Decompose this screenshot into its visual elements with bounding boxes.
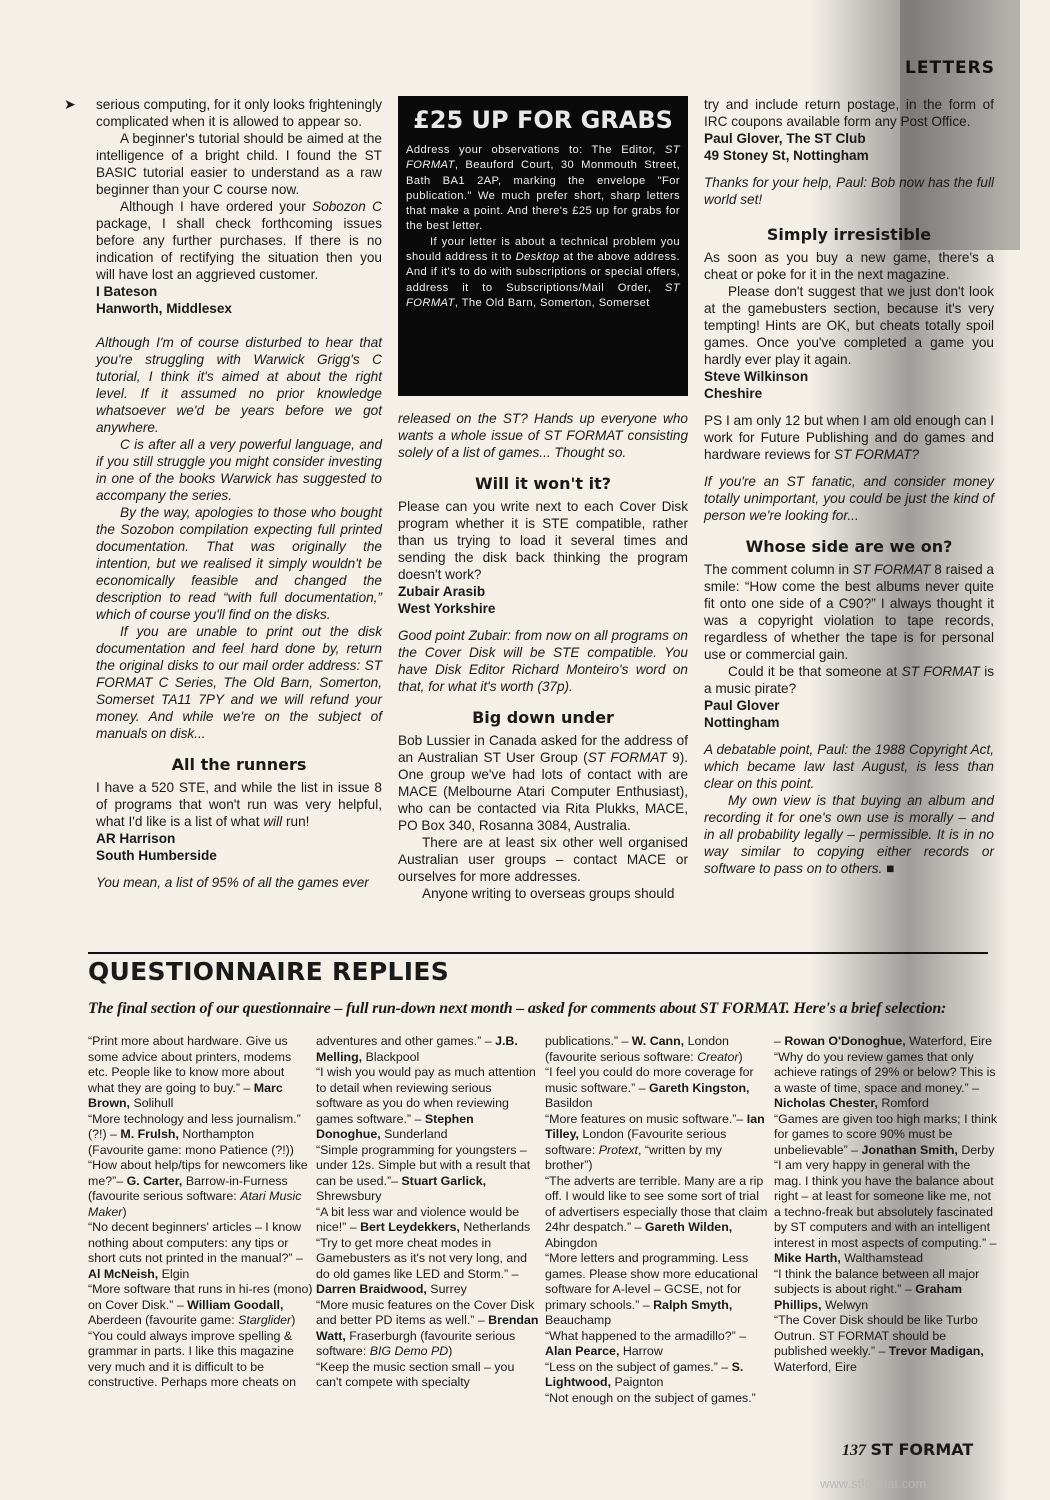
questionnaire-reply: “The adverts are terrible. Many are a ri… (545, 1174, 770, 1252)
letter-paragraph: Could it be that someone at ST FORMAT is… (704, 663, 994, 697)
continued-arrow-icon: ➤ (64, 96, 76, 113)
magazine-page: LETTERS ➤ serious computing, for it only… (0, 0, 1050, 1500)
letter-postscript: PS I am only 12 but when I am old enough… (704, 412, 994, 463)
questionnaire-reply: “You could always improve spelling & gra… (88, 1329, 313, 1391)
letter-heading: Will it won't it? (398, 475, 688, 492)
letter-heading: Whose side are we on? (704, 538, 994, 555)
questionnaire-reply: “More technology and less journalism.” (… (88, 1112, 313, 1159)
respondent-name: Gareth Wilden, (645, 1220, 732, 1234)
prize-box-paragraph: If your letter is about a technical prob… (406, 235, 680, 311)
letter-paragraph: As soon as you buy a new game, there's a… (704, 249, 994, 283)
questionnaire-reply: “I am very happy in general with the mag… (774, 1158, 999, 1267)
respondent-name: Ralph Smyth, (653, 1298, 732, 1312)
questionnaire-reply: “What happened to the armadillo?” – Alan… (545, 1329, 770, 1360)
signature-place: Nottingham (704, 714, 994, 731)
letter-paragraph: serious computing, for it only looks fri… (96, 96, 382, 130)
editor-reply: You mean, a list of 95% of all the games… (96, 874, 382, 891)
questionnaire-reply: – Rowan O'Donoghue, Waterford, Eire (774, 1034, 999, 1050)
questionnaire-reply: “No decent beginners' articles – I know … (88, 1220, 313, 1282)
respondent-name: Nicholas Chester, (774, 1096, 878, 1110)
respondent-name: W. Cann, (632, 1034, 684, 1048)
magazine-name: ST FORMAT (870, 1440, 973, 1459)
respondent-name: Gareth Kingston, (649, 1081, 750, 1095)
questionnaire-reply: “More features on music software.”– Ian … (545, 1112, 770, 1174)
editor-reply: Thanks for your help, Paul: Bob now has … (704, 174, 994, 208)
editor-reply: Although I'm of course disturbed to hear… (96, 334, 382, 436)
questionnaire-reply: “Why do you review games that only achie… (774, 1050, 999, 1112)
editor-reply: By the way, apologies to those who bough… (96, 504, 382, 623)
questionnaire-reply: “The Cover Disk should be like Turbo Out… (774, 1313, 999, 1375)
letter-heading: All the runners (96, 756, 382, 773)
letter-paragraph: Anyone writing to overseas groups should (398, 885, 688, 902)
respondent-name: M. Frulsh, (120, 1127, 179, 1141)
respondent-name: G. Carter, (127, 1174, 183, 1188)
page-number: 137 (842, 1442, 866, 1459)
respondent-name: Jonathan Smith, (862, 1143, 958, 1157)
respondent-name: William Goodall, (187, 1298, 283, 1312)
letter-paragraph: A beginner's tutorial should be aimed at… (96, 130, 382, 198)
letter-paragraph: Bob Lussier in Canada asked for the addr… (398, 732, 688, 834)
prize-box-body: Address your observations to: The Editor… (406, 143, 680, 311)
editor-reply: C is after all a very powerful language,… (96, 436, 382, 504)
questionnaire-reply: “More music features on the Cover Disk a… (316, 1298, 541, 1360)
letter-paragraph: Please can you write next to each Cover … (398, 498, 688, 583)
questionnaire-reply: adventures and other games.” – J.B. Mell… (316, 1034, 541, 1065)
signature-place: Hanworth, Middlesex (96, 300, 382, 317)
questionnaire-title: QUESTIONNAIRE REPLIES (88, 957, 449, 986)
signature-name: AR Harrison (96, 830, 382, 847)
questionnaire-column-4: – Rowan O'Donoghue, Waterford, Eire“Why … (774, 1034, 999, 1375)
signature-name: Paul Glover (704, 697, 994, 714)
questionnaire-subtitle: The final section of our questionnaire –… (88, 1000, 988, 1018)
letter-paragraph: There are at least six other well organi… (398, 834, 688, 885)
letter-paragraph: Although I have ordered your Sobozon C p… (96, 198, 382, 283)
respondent-name: Alan Pearce, (545, 1344, 619, 1358)
respondent-name: Mike Harth, (774, 1251, 841, 1265)
column-3: try and include return postage, in the f… (704, 96, 994, 877)
letter-paragraph: The comment column in ST FORMAT 8 raised… (704, 561, 994, 663)
questionnaire-column-3: publications.” – W. Cann, London (favour… (545, 1034, 770, 1406)
section-header: LETTERS (905, 58, 995, 78)
signature-place: Cheshire (704, 385, 994, 402)
signature-name: Paul Glover, The ST Club (704, 130, 994, 147)
editor-reply: released on the ST? Hands up everyone wh… (398, 410, 688, 461)
questionnaire-reply: “Try to get more cheat modes in Gamebust… (316, 1236, 541, 1298)
questionnaire-reply: “More letters and programming. Less game… (545, 1251, 770, 1329)
signature-place: 49 Stoney St, Nottingham (704, 147, 994, 164)
respondent-name: Trevor Madigan, (889, 1344, 984, 1358)
signature-place: West Yorkshire (398, 600, 688, 617)
respondent-name: Al McNeish, (88, 1267, 158, 1281)
letter-paragraph: try and include return postage, in the f… (704, 96, 994, 130)
editor-reply: Good point Zubair: from now on all progr… (398, 627, 688, 695)
questionnaire-reply: “I think the balance between all major s… (774, 1267, 999, 1314)
prize-box: £25 UP FOR GRABS Address your observatio… (398, 96, 688, 396)
end-mark-icon: ■ (886, 861, 894, 876)
questionnaire-reply: “Simple programming for youngsters – und… (316, 1143, 541, 1205)
section-divider (88, 952, 988, 954)
prize-box-paragraph: Address your observations to: The Editor… (406, 143, 680, 235)
questionnaire-reply: “Keep the music section small – you can'… (316, 1360, 541, 1391)
signature-name: Steve Wilkinson (704, 368, 994, 385)
letter-heading: Simply irresistible (704, 226, 994, 243)
questionnaire-reply: “Games are given too high marks; I think… (774, 1112, 999, 1159)
editor-reply: If you are unable to print out the disk … (96, 623, 382, 742)
signature-name: Zubair Arasib (398, 583, 688, 600)
watermark: www.stformat.com (820, 1476, 926, 1491)
column-1: serious computing, for it only looks fri… (96, 96, 382, 891)
questionnaire-column-2: adventures and other games.” – J.B. Mell… (316, 1034, 541, 1391)
respondent-name: Stuart Garlick, (401, 1174, 486, 1188)
respondent-name: Darren Braidwood, (316, 1282, 427, 1296)
questionnaire-reply: “How about help/tips for newcomers like … (88, 1158, 313, 1220)
questionnaire-column-1: “Print more about hardware. Give us some… (88, 1034, 313, 1391)
questionnaire-reply: “More software that runs in hi-res (mono… (88, 1282, 313, 1329)
respondent-name: Bert Leydekkers, (360, 1220, 460, 1234)
signature-place: South Humberside (96, 847, 382, 864)
editor-reply: If you're an ST fanatic, and consider mo… (704, 473, 994, 524)
questionnaire-reply: “I feel you could do more coverage for m… (545, 1065, 770, 1112)
signature-name: I Bateson (96, 283, 382, 300)
questionnaire-reply: “I wish you would pay as much attention … (316, 1065, 541, 1143)
questionnaire-reply: “Print more about hardware. Give us some… (88, 1034, 313, 1112)
page-footer: 137 ST FORMAT (842, 1440, 973, 1460)
questionnaire-reply: “A bit less war and violence would be ni… (316, 1205, 541, 1236)
prize-box-title: £25 UP FOR GRABS (406, 106, 680, 135)
letter-heading: Big down under (398, 709, 688, 726)
column-2: released on the ST? Hands up everyone wh… (398, 410, 688, 902)
questionnaire-reply: publications.” – W. Cann, London (favour… (545, 1034, 770, 1065)
editor-reply: A debatable point, Paul: the 1988 Copyri… (704, 741, 994, 792)
editor-reply: My own view is that buying an album and … (704, 792, 994, 877)
letter-paragraph: Please don't suggest that we just don't … (704, 283, 994, 368)
questionnaire-reply: “Not enough on the subject of games.” (545, 1391, 770, 1407)
respondent-name: Rowan O'Donoghue, (784, 1034, 905, 1048)
questionnaire-reply: “Less on the subject of games.” – S. Lig… (545, 1360, 770, 1391)
letter-paragraph: I have a 520 STE, and while the list in … (96, 779, 382, 830)
